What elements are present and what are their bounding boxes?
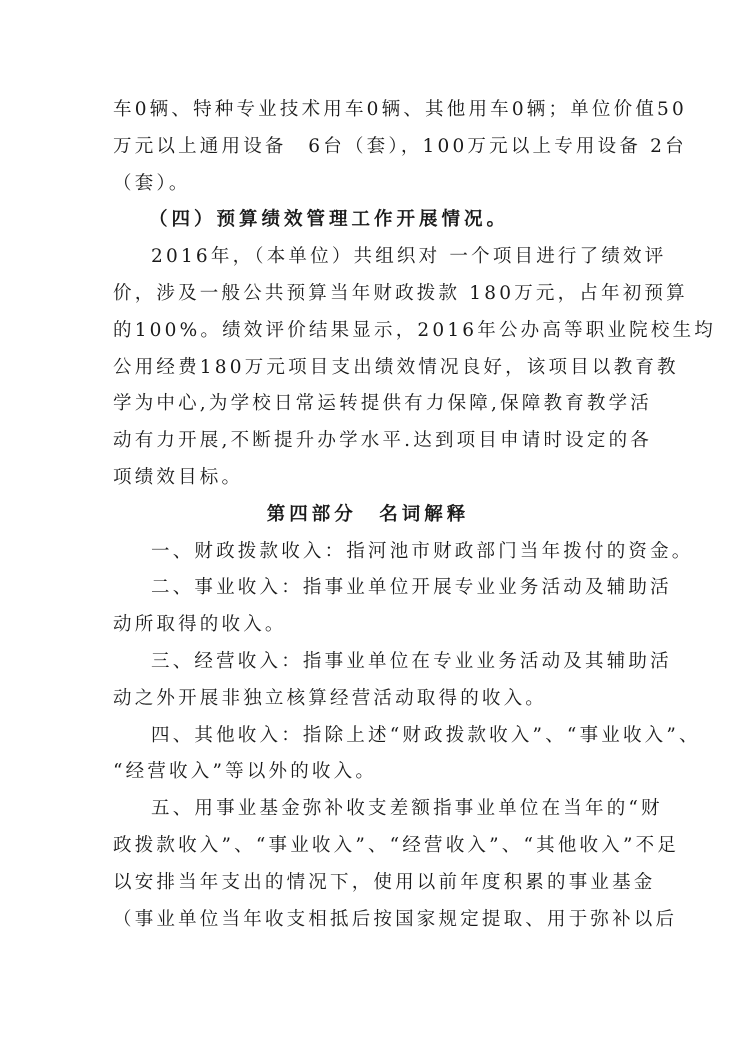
text-line: 万元以上通用设备 6台（套），100万元以上专用设备 2台 (113, 129, 623, 166)
text-line: 公用经费180万元项目支出绩效情况良好，该项目以教育教 (113, 350, 623, 387)
text-line: 车0辆、特种专业技术用车0辆、其他用车0辆；单位价值50 (113, 92, 623, 129)
text-line: 项绩效目标。 (113, 460, 623, 497)
text-line: 五、用事业基金弥补收支差额指事业单位在当年的“财 (113, 791, 623, 828)
text-line: 政拨款收入”、“事业收入”、“经营收入”、“其他收入”不足 (113, 828, 623, 865)
text-line: 学为中心,为学校日常运转提供有力保障,保障教育教学活 (113, 386, 623, 423)
text-line: 价，涉及一般公共预算当年财政拨款 180万元，占年初预算 (113, 276, 623, 313)
text-line: 的100%。绩效评价结果显示，2016年公办高等职业院校生均 (113, 313, 623, 350)
definition-fiscal-appropriation: 一、财政拨款收入：指河池市财政部门当年拨付的资金。 (113, 534, 623, 571)
text-line: 2016年，（本单位）共组织对 一个项目进行了绩效评 (113, 239, 623, 276)
definition-operating-income: 三、经营收入：指事业单位在专业业务活动及其辅助活 动之外开展非独立核算经营活动取… (113, 644, 623, 718)
text-line: （事业单位当年收支相抵后按国家规定提取、用于弥补以后 (113, 902, 623, 939)
text-line: （套）。 (113, 166, 623, 203)
text-line: 动之外开展非独立核算经营活动取得的收入。 (113, 681, 623, 718)
section-title: 第四部分 名词解释 (113, 497, 623, 534)
text-line: 四、其他收入：指除上述“财政拨款收入”、“事业收入”、 (113, 718, 623, 755)
subsection-heading: （四）预算绩效管理工作开展情况。 (113, 202, 623, 239)
document-page: 车0辆、特种专业技术用车0辆、其他用车0辆；单位价值50 万元以上通用设备 6台… (113, 92, 623, 938)
text-line: “经营收入”等以外的收入。 (113, 754, 623, 791)
text-line: 三、经营收入：指事业单位在专业业务活动及其辅助活 (113, 644, 623, 681)
text-line: 以安排当年支出的情况下，使用以前年度积累的事业基金 (113, 865, 623, 902)
vehicle-equipment-paragraph: 车0辆、特种专业技术用车0辆、其他用车0辆；单位价值50 万元以上通用设备 6台… (113, 92, 623, 202)
text-line: 二、事业收入：指事业单位开展专业业务活动及辅助活 (113, 570, 623, 607)
performance-evaluation-paragraph: 2016年，（本单位）共组织对 一个项目进行了绩效评 价，涉及一般公共预算当年财… (113, 239, 623, 497)
definition-other-income: 四、其他收入：指除上述“财政拨款收入”、“事业收入”、 “经营收入”等以外的收入… (113, 718, 623, 792)
text-line: 一、财政拨款收入：指河池市财政部门当年拨付的资金。 (113, 534, 623, 571)
definition-business-fund-offset: 五、用事业基金弥补收支差额指事业单位在当年的“财 政拨款收入”、“事业收入”、“… (113, 791, 623, 938)
text-line: 动所取得的收入。 (113, 607, 623, 644)
definition-business-income: 二、事业收入：指事业单位开展专业业务活动及辅助活 动所取得的收入。 (113, 570, 623, 644)
text-line: 动有力开展,不断提升办学水平.达到项目申请时设定的各 (113, 423, 623, 460)
